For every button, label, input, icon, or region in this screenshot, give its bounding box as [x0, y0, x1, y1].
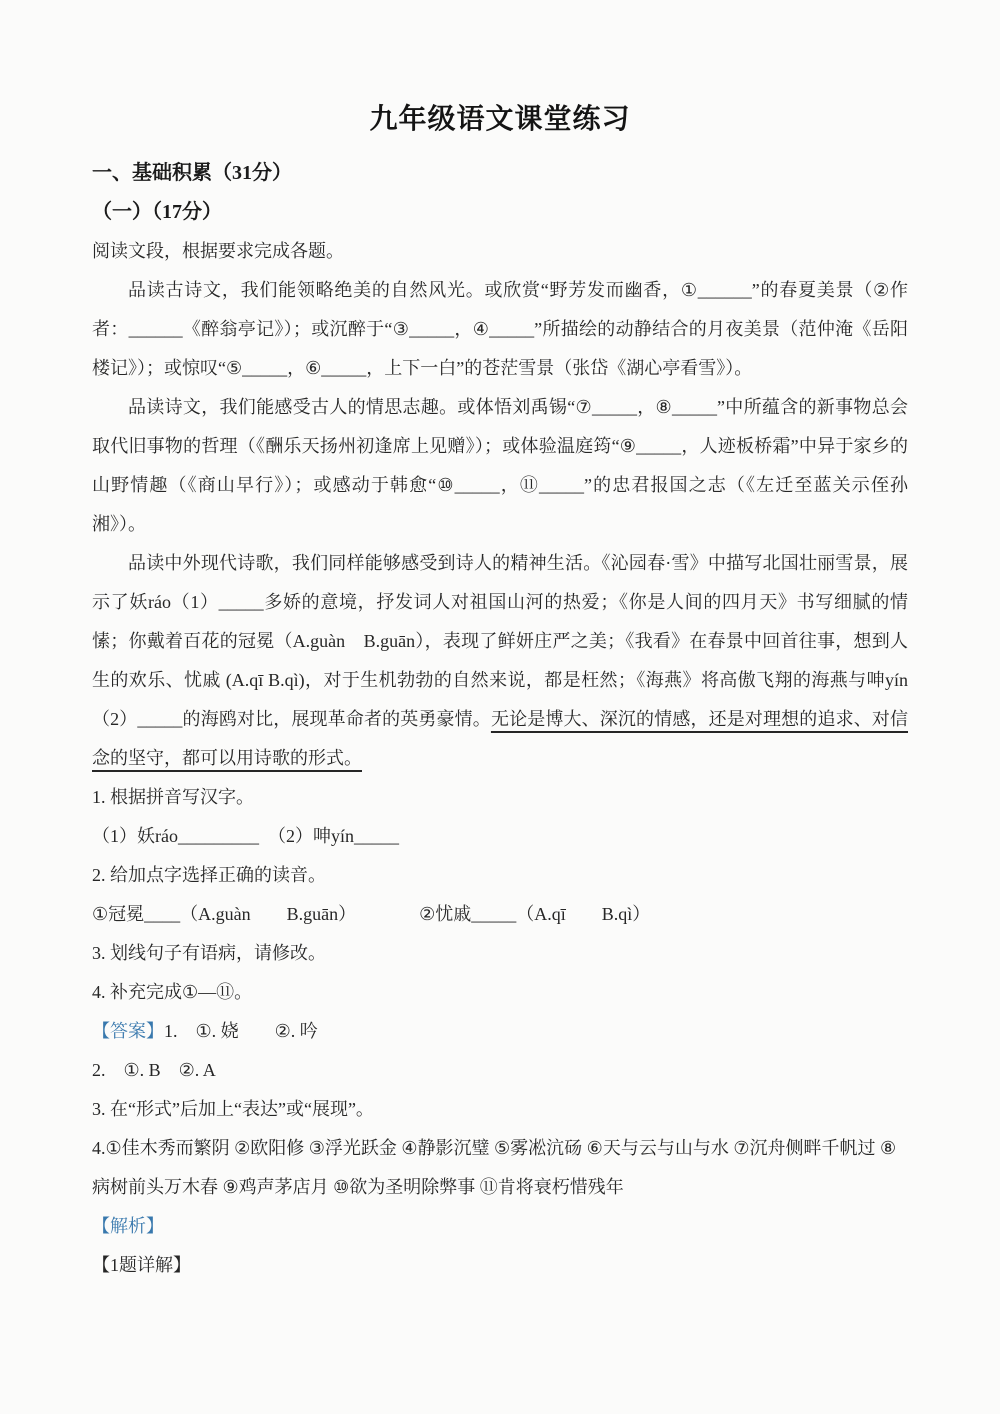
answer-label: 【答案】: [92, 1021, 164, 1041]
subsection-heading: （一）（17分）: [92, 193, 908, 232]
answer-line-2: 2. ①. B ②. A: [92, 1051, 908, 1090]
passage-paragraph-2: 品读诗文，我们能感受古人的情思志趣。或体悟刘禹锡“⑦_____，⑧_____”中…: [92, 388, 908, 544]
page-title: 九年级语文课堂练习: [92, 103, 908, 137]
answer-1-text: 1. ①. 娆 ②. 吟: [164, 1021, 318, 1041]
detail-1-heading: 【1题详解】: [92, 1246, 908, 1285]
question-4: 4. 补充完成①—⑪。: [92, 973, 908, 1012]
section-heading: 一、基础积累（31分）: [92, 154, 908, 193]
passage-paragraph-3-main: 品读中外现代诗歌，我们同样能够感受到诗人的精神生活。《沁园春·雪》中描写北国壮丽…: [92, 553, 908, 729]
answer-line-1: 【答案】1. ①. 娆 ②. 吟: [92, 1012, 908, 1051]
question-1-blanks: （1）妖ráo_________ （2）呻yín_____: [92, 817, 908, 856]
question-1: 1. 根据拼音写汉字。: [92, 778, 908, 817]
passage-paragraph-3: 品读中外现代诗歌，我们同样能够感受到诗人的精神生活。《沁园春·雪》中描写北国壮丽…: [92, 544, 908, 778]
question-3: 3. 划线句子有语病，请修改。: [92, 934, 908, 973]
answer-line-3: 3. 在“形式”后加上“表达”或“展现”。: [92, 1090, 908, 1129]
passage-paragraph-1: 品读古诗文，我们能领略绝美的自然风光。或欣赏“野芳发而幽香，①______”的春…: [92, 271, 908, 388]
answer-line-4: 4.①佳木秀而繁阴 ②欧阳修 ③浮光跃金 ④静影沉璧 ⑤雾凇沆砀 ⑥天与云与山与…: [92, 1129, 908, 1207]
question-2-options: ①冠冕____（A.guàn B.guān） ②忧戚_____（A.qī B.q…: [92, 895, 908, 934]
document-page: 九年级语文课堂练习 一、基础积累（31分） （一）（17分） 阅读文段，根据要求…: [0, 0, 1000, 1414]
intro-line: 阅读文段，根据要求完成各题。: [92, 232, 908, 271]
question-2: 2. 给加点字选择正确的读音。: [92, 856, 908, 895]
analysis-label: 【解析】: [92, 1207, 908, 1246]
